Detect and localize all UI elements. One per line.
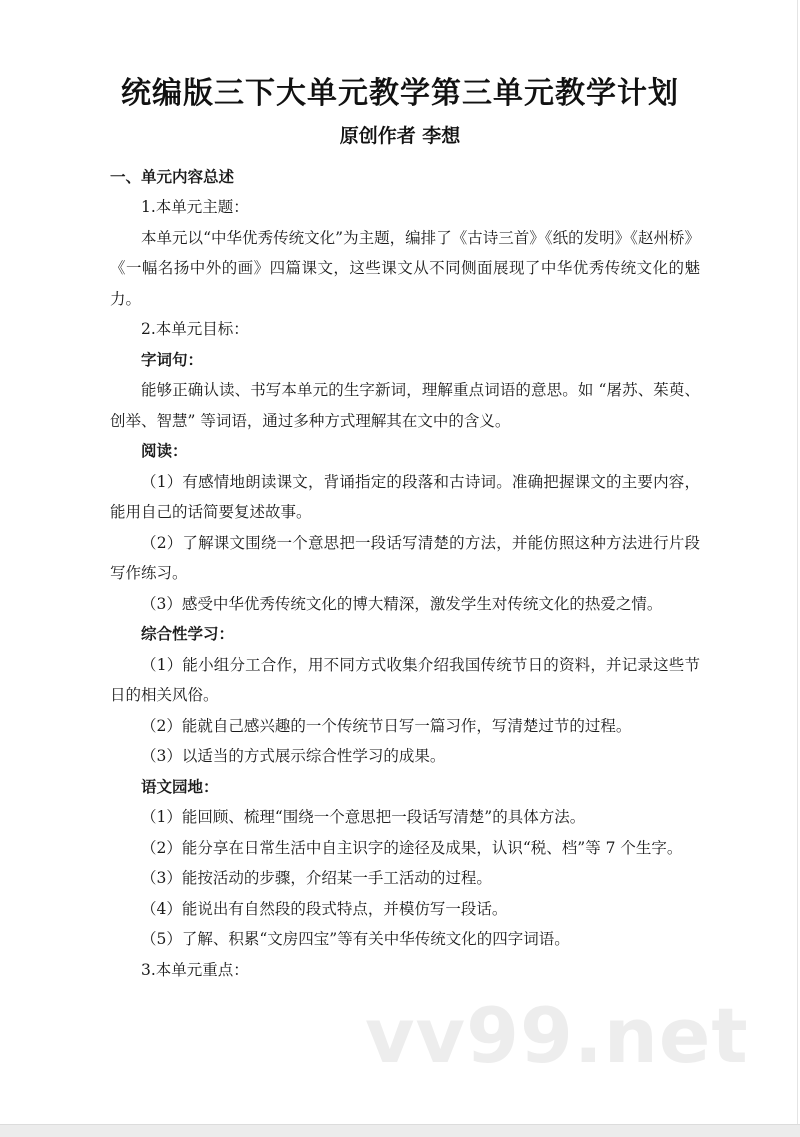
garden-item: （1）能回顾、梳理“围绕一个意思把一段话写清楚”的具体方法。: [110, 802, 700, 833]
document-title: 统编版三下大单元教学第三单元教学计划: [0, 74, 800, 114]
subheading-vocab: 字词句：: [110, 345, 700, 376]
subheading-reading: 阅读：: [110, 436, 700, 467]
garden-item: （3）能按活动的步骤，介绍某一手工活动的过程。: [110, 863, 700, 894]
reading-item: （1）有感情地朗读课文，背诵指定的段落和古诗词。准确把握课文的主要内容，能用自己…: [110, 467, 700, 528]
garden-item: （4）能说出有自然段的段式特点，并模仿写一段话。: [110, 894, 700, 925]
goals-label: 2.本单元目标：: [110, 314, 700, 345]
subheading-integrated: 综合性学习：: [110, 619, 700, 650]
integrated-item: （2）能就自己感兴趣的一个传统节日写一篇习作，写清楚过节的过程。: [110, 711, 700, 742]
theme-paragraph: 本单元以“中华优秀传统文化”为主题，编排了《古诗三首》《纸的发明》《赵州桥》《一…: [110, 223, 700, 315]
garden-item: （2）能分享在日常生活中自主识字的途径及成果，认识“税、档”等 7 个生字。: [110, 833, 700, 864]
reading-item: （2）了解课文围绕一个意思把一段话写清楚的方法，并能仿照这种方法进行片段写作练习…: [110, 528, 700, 589]
subheading-garden: 语文园地：: [110, 772, 700, 803]
integrated-item: （3）以适当的方式展示综合性学习的成果。: [110, 741, 700, 772]
document-body: 一、单元内容总述 1.本单元主题： 本单元以“中华优秀传统文化”为主题，编排了《…: [110, 162, 700, 985]
page-bottom-edge: [0, 1124, 800, 1137]
author-line: 原创作者 李想: [0, 123, 800, 149]
focus-label: 3.本单元重点：: [110, 955, 700, 986]
garden-item: （5）了解、积累“文房四宝”等有关中华传统文化的四字词语。: [110, 924, 700, 955]
section-heading-overview: 一、单元内容总述: [110, 162, 700, 192]
watermark: vv99.net: [365, 996, 749, 1076]
integrated-item: （1）能小组分工合作，用不同方式收集介绍我国传统节日的资料，并记录这些节日的相关…: [110, 650, 700, 711]
reading-item: （3）感受中华优秀传统文化的博大精深，激发学生对传统文化的热爱之情。: [110, 589, 700, 620]
document-page: 统编版三下大单元教学第三单元教学计划 原创作者 李想 一、单元内容总述 1.本单…: [0, 0, 798, 1126]
theme-label: 1.本单元主题：: [110, 192, 700, 223]
vocab-paragraph: 能够正确认读、书写本单元的生字新词，理解重点词语的意思。如 “屠苏、茱萸、创举、…: [110, 375, 700, 436]
